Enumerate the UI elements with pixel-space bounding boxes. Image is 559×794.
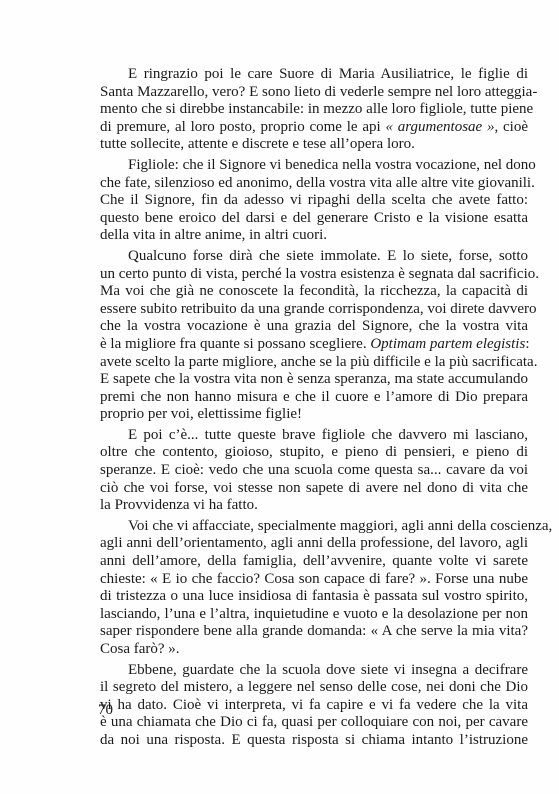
text-line: di tristezza o una luce insidiosa di fan… bbox=[100, 588, 528, 606]
text-line: che fate, silenzioso ed anonimo, della v… bbox=[100, 175, 528, 193]
paragraph-2: Figliole: che il Signore vi benedica nel… bbox=[100, 157, 528, 245]
text-line: Santa Mazzarello, vero? E sono lieto di … bbox=[100, 84, 528, 102]
body-text: E ringrazio poi le care Suore di Maria A… bbox=[100, 66, 528, 750]
text-line: agli anni dell’orientamento, agli anni d… bbox=[100, 535, 528, 553]
text-line: avete scelto la parte migliore, anche se… bbox=[100, 354, 528, 372]
text-line: speranze. E cioè: vedo che una scuola co… bbox=[100, 462, 528, 480]
text-run: , cioè bbox=[494, 119, 528, 135]
text-line: tutte sollecite, attente e discrete e te… bbox=[100, 136, 528, 154]
text-line: E poi c’è... tutte queste brave figliole… bbox=[100, 427, 528, 445]
text-line: lasciando, l’una e l’altra, inquietudine… bbox=[100, 606, 528, 624]
text-line: Figliole: che il Signore vi benedica nel… bbox=[100, 157, 528, 175]
text-line: mento che si direbbe instancabile: in me… bbox=[100, 101, 528, 119]
text-line: essere subito retribuito da una grande c… bbox=[100, 301, 528, 319]
text-line: saper rispondere bene alla grande domand… bbox=[100, 623, 528, 641]
text-line: la Provvidenza vi ha fatto. bbox=[100, 497, 528, 515]
text-line: vi ha dato. Cioè vi interpreta, vi fa ca… bbox=[100, 697, 528, 715]
text-line: premi che non hanno misura e che il cuor… bbox=[100, 389, 528, 407]
text-line: anni dell’amore, della famiglia, dell’av… bbox=[100, 553, 528, 571]
paragraph-1: E ringrazio poi le care Suore di Maria A… bbox=[100, 66, 528, 154]
text-line: è una chiamata che Dio ci fa, quasi per … bbox=[100, 714, 528, 732]
text-line: è la migliore fra quante si possano sceg… bbox=[100, 336, 528, 354]
book-page: E ringrazio poi le care Suore di Maria A… bbox=[0, 0, 559, 794]
latin-quote: Optimam partem elegistis bbox=[370, 336, 525, 352]
text-line: che la vostra vocazione è una grazia del… bbox=[100, 318, 528, 336]
text-line: E sapete che la vostra vita non è senza … bbox=[100, 371, 528, 389]
text-line: un certo punto di vista, perché la vostr… bbox=[100, 266, 528, 284]
text-line: da noi una risposta. E questa risposta s… bbox=[100, 732, 528, 750]
text-run: di premure, al loro posto, proprio come … bbox=[100, 119, 385, 135]
paragraph-5: Voi che vi affacciate, specialmente magg… bbox=[100, 518, 528, 659]
text-line: Ma voi che già ne conoscete la fecondità… bbox=[100, 283, 528, 301]
text-line: Che il Signore, fin da adesso vi ripaghi… bbox=[100, 192, 528, 210]
text-line: questo bene eroico del darsi e del gener… bbox=[100, 210, 528, 228]
paragraph-6: Ebbene, guardate che la scuola dove siet… bbox=[100, 662, 528, 750]
text-run: è la migliore fra quante si possano sceg… bbox=[100, 336, 370, 352]
text-line: Cosa farò? ». bbox=[100, 641, 528, 659]
text-line: Ebbene, guardate che la scuola dove siet… bbox=[100, 662, 528, 680]
text-run: : bbox=[525, 336, 529, 352]
paragraph-4: E poi c’è... tutte queste brave figliole… bbox=[100, 427, 528, 515]
text-line: il segreto del mistero, a leggere nel se… bbox=[100, 679, 528, 697]
paragraph-3: Qualcuno forse dirà che siete immolate. … bbox=[100, 248, 528, 424]
text-line: della vita in altre anime, in altri cuor… bbox=[100, 227, 528, 245]
text-line: ciò che voi forse, voi stesse non sapete… bbox=[100, 480, 528, 498]
text-line: chieste: « E io che faccio? Cosa son cap… bbox=[100, 571, 528, 589]
latin-quote: « argumentosae » bbox=[385, 119, 494, 135]
text-line: Qualcuno forse dirà che siete immolate. … bbox=[100, 248, 528, 266]
page-number: 70 bbox=[98, 702, 113, 719]
text-line: oltre che contento, gioioso, stupito, e … bbox=[100, 444, 528, 462]
text-line: E ringrazio poi le care Suore di Maria A… bbox=[100, 66, 528, 84]
text-line: proprio per voi, elettissime figlie! bbox=[100, 406, 528, 424]
text-line: di premure, al loro posto, proprio come … bbox=[100, 119, 528, 137]
text-line: Voi che vi affacciate, specialmente magg… bbox=[100, 518, 528, 536]
